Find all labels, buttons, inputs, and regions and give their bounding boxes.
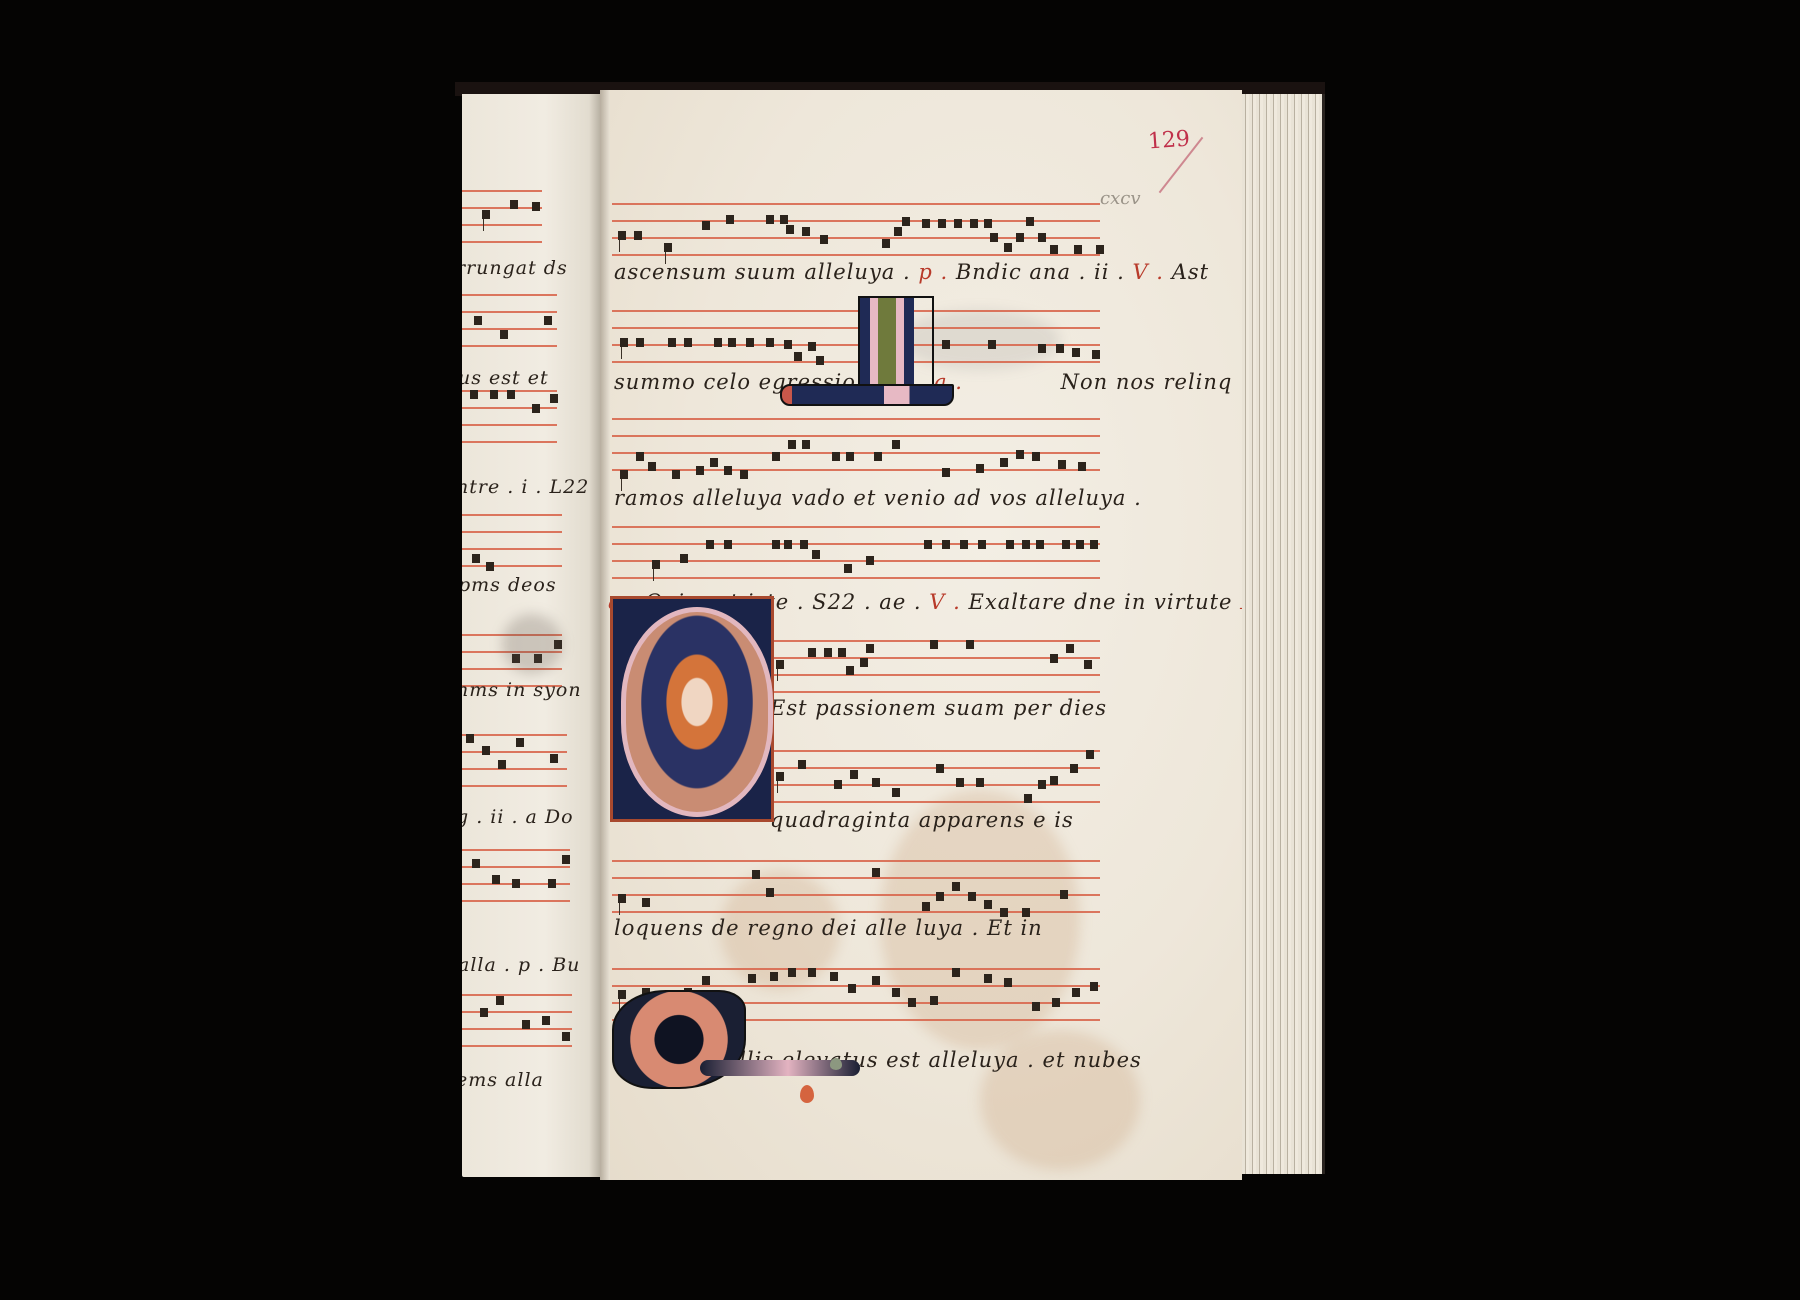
staff bbox=[462, 994, 572, 1046]
text-line-1: ascensum suum alleluya . p . Bndic ana .… bbox=[614, 260, 1209, 284]
staff-3 bbox=[612, 418, 1100, 470]
staff-4 bbox=[612, 526, 1100, 578]
illuminated-initial-n-foliate-extension bbox=[780, 384, 954, 406]
old-foliation: cxcv bbox=[1100, 188, 1140, 209]
left-text-line: ems alla bbox=[462, 1069, 544, 1091]
folio-number: 129 bbox=[1147, 127, 1191, 155]
staff-7 bbox=[612, 860, 1100, 912]
staff bbox=[462, 294, 557, 346]
apostles-miniature bbox=[621, 607, 773, 817]
left-text-line: nms in syon bbox=[462, 679, 582, 701]
text-line-3: ramos alleluya vado et venio ad vos alle… bbox=[614, 486, 1142, 510]
staff-5 bbox=[770, 640, 1100, 692]
left-text-line: g . ii . a Do bbox=[462, 806, 574, 828]
left-text-line: rrungat ds bbox=[462, 257, 568, 279]
left-text-line: us est et bbox=[462, 367, 549, 389]
staff-6 bbox=[770, 750, 1100, 802]
staff-2 bbox=[612, 310, 1100, 362]
text-line-6: quadraginta apparens e is bbox=[770, 808, 1074, 832]
left-text-line: ntre . i . L22 bbox=[462, 476, 589, 498]
left-page-verso: rrungat ds us est et ntre . i . L22 pms … bbox=[462, 94, 600, 1177]
staff bbox=[462, 514, 562, 566]
staff bbox=[462, 190, 542, 242]
bud-terminal-ornament bbox=[830, 1058, 842, 1070]
page-stack-fore-edge bbox=[1242, 94, 1325, 1174]
open-manuscript: rrungat ds us est et ntre . i . L22 pms … bbox=[455, 82, 1325, 1182]
text-line-7: loquens de regno dei alle luya . Et in bbox=[614, 916, 1043, 940]
left-text-line: pms deos bbox=[462, 574, 557, 596]
text-line-5: Est passionem suam per dies bbox=[770, 696, 1107, 720]
staff bbox=[462, 849, 570, 901]
historiated-initial-c bbox=[610, 596, 774, 822]
staff bbox=[462, 390, 557, 442]
berry-terminal-ornament bbox=[800, 1085, 814, 1103]
staff-1 bbox=[612, 203, 1100, 255]
staff bbox=[462, 734, 567, 786]
left-text-line: alla . p . Bu bbox=[462, 954, 580, 976]
